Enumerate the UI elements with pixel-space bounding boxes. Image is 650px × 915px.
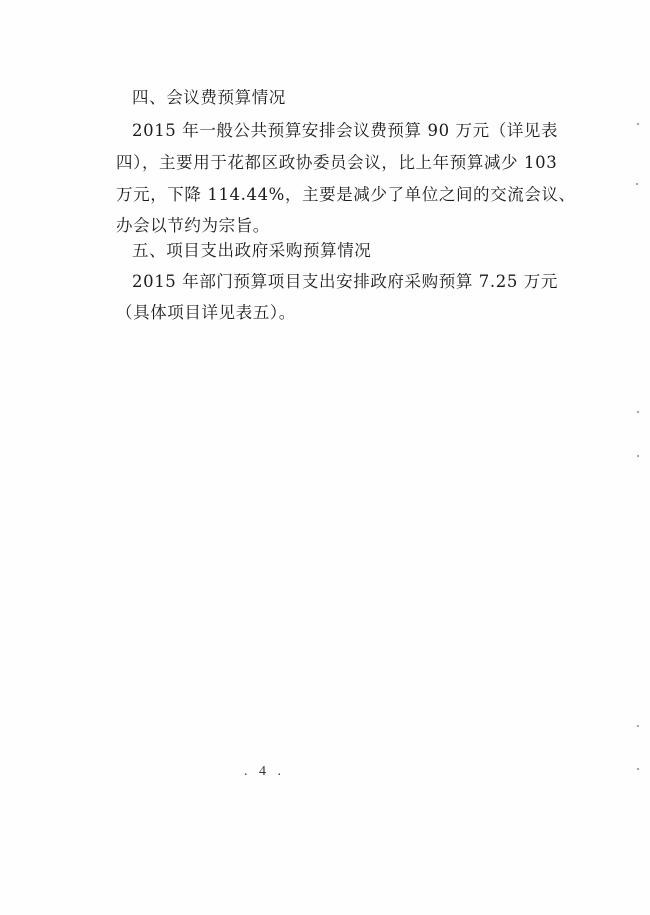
- section-4-paragraph-line: 万元，下降 114.44%，主要是减少了单位之间的交流会议、: [116, 185, 576, 205]
- document-page: 四、会议费预算情况 2015 年一般公共预算安排会议费预算 90 万元（详见表 …: [0, 0, 650, 915]
- section-5-paragraph-line: 2015 年部门预算项目支出安排政府采购预算 7.25 万元: [132, 272, 558, 292]
- section-4-paragraph-line: 2015 年一般公共预算安排会议费预算 90 万元（详见表: [132, 121, 558, 141]
- scan-speck: [637, 725, 639, 727]
- scan-speck: [636, 183, 638, 185]
- page-number: . 4 .: [244, 764, 285, 780]
- section-4-paragraph-line: 办会以节约为宗旨。: [116, 216, 270, 236]
- scan-speck: [637, 411, 639, 413]
- section-5-paragraph-line: （具体项目详见表五）。: [116, 303, 296, 323]
- section-4-heading: 四、会议费预算情况: [132, 88, 286, 108]
- scan-speck: [637, 768, 639, 770]
- section-5-heading: 五、项目支出政府采购预算情况: [132, 241, 371, 261]
- section-4-paragraph-line: 四），主要用于花都区政协委员会议，比上年预算减少 103: [116, 153, 557, 173]
- scan-speck: [637, 123, 639, 125]
- scan-speck: [637, 455, 639, 457]
